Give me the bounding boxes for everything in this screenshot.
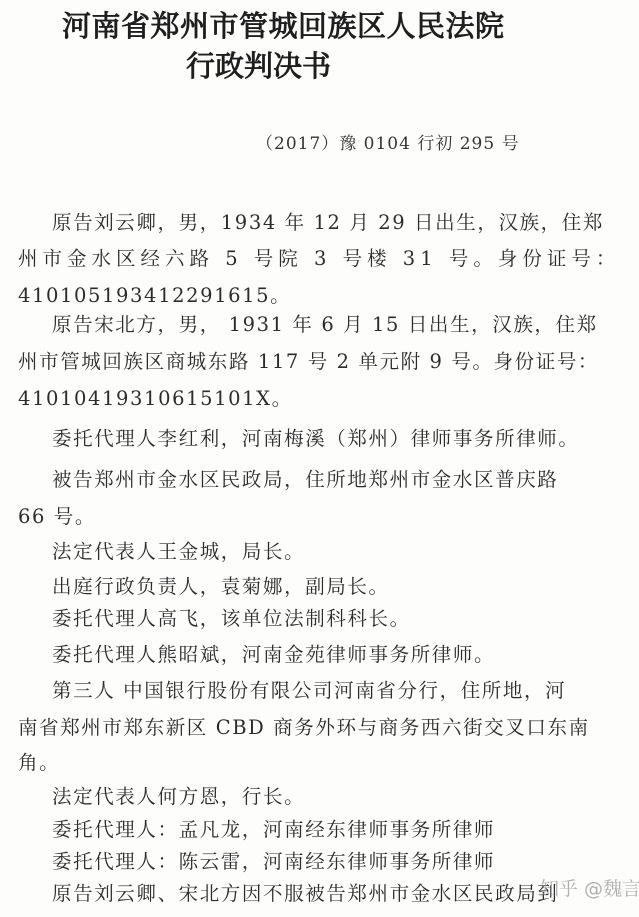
body-line: 角。 <box>18 747 60 775</box>
case-number: （2017）豫 0104 行初 295 号 <box>256 129 520 154</box>
body-line: 委托代理人：孟凡龙，河南经东律师事务所律师 <box>52 814 495 842</box>
body-line: 原告刘云卿，男，1934 年 12 月 29 日出生，汉族，住郑 <box>52 207 604 235</box>
court-name-title: 河南省郑州市管城回族区人民法院 <box>0 4 639 45</box>
document-type-title: 行政判决书 <box>186 44 331 85</box>
body-line: 法定代表人王金城，局长。 <box>52 536 305 564</box>
body-line: 委托代理人：陈云雷，河南经东律师事务所律师 <box>52 846 495 874</box>
body-line: 州市管城回族区商城东路 117 号 2 单元附 9 号。身份证号： <box>18 346 599 374</box>
body-line: 66 号。 <box>18 501 96 529</box>
body-line: 州市金水区经六路 5 号院 3 号楼 31 号。身份证号： <box>18 243 620 271</box>
body-line: 41010419310615101X。 <box>18 383 293 411</box>
body-line: 南省郑州市郑东新区 CBD 商务外环与商务西六街交叉口东南 <box>18 712 590 740</box>
watermark: 知乎 @魏言耸听 <box>540 874 639 901</box>
body-line: 出庭行政负责人，袁菊娜，副局长。 <box>52 571 390 599</box>
body-line: 委托代理人高飞，该单位法制科科长。 <box>52 603 411 631</box>
body-line: 委托代理人李红利，河南梅溪（郑州）律师事务所律师。 <box>52 423 580 451</box>
body-line: 法定代表人何方恩，行长。 <box>52 781 305 809</box>
body-line: 委托代理人熊昭斌，河南金苑律师事务所律师。 <box>52 639 495 667</box>
body-line: 被告郑州市金水区民政局，住所地郑州市金水区普庆路 <box>52 464 558 492</box>
body-line: 原告刘云卿、宋北方因不服被告郑州市金水区民政局到 <box>52 878 558 906</box>
body-line: 第三人 中国银行股份有限公司河南省分行，住所地，河 <box>52 675 566 703</box>
body-line: 410105193412291615。 <box>18 280 291 308</box>
body-line: 原告宋北方，男， 1931 年 6 月 15 日出生，汉族，住郑 <box>52 309 598 337</box>
